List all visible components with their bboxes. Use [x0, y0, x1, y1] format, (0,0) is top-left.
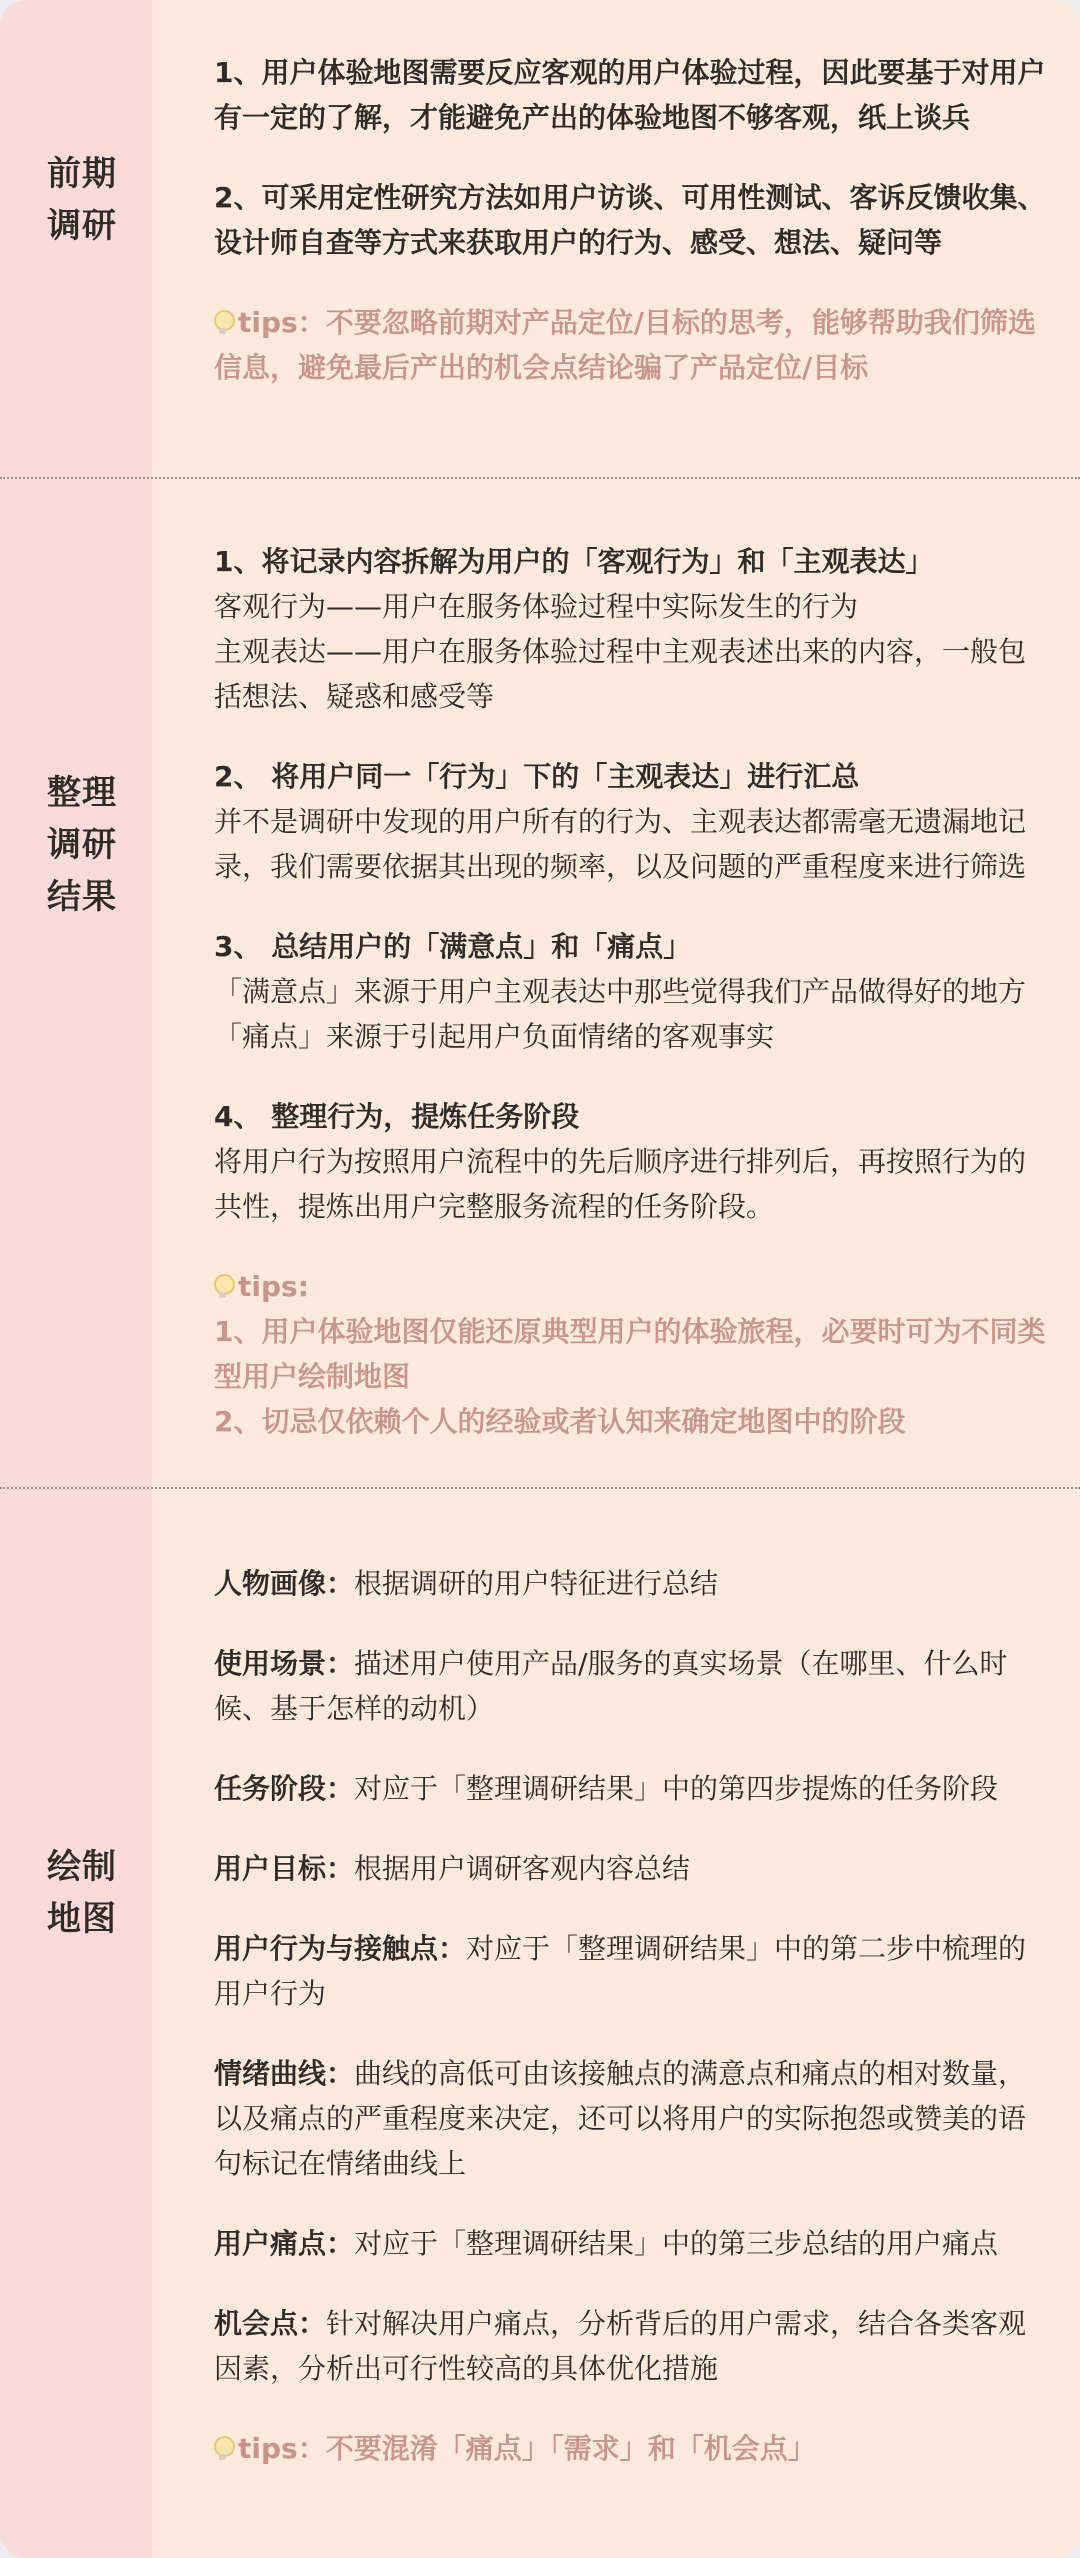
term-label: 情绪曲线：: [214, 2057, 354, 2090]
tips-text: tips:: [238, 1270, 309, 1303]
numbered-item: 1、将记录内容拆解为用户的「客观行为」和「主观表达」客观行为——用户在服务体验过…: [214, 539, 1050, 719]
numbered-item: 3、 总结用户的「满意点」和「痛点」「满意点」来源于用户主观表达中那些觉得我们产…: [214, 924, 1050, 1059]
term-label: 用户目标：: [214, 1852, 354, 1885]
tips-block: tips：不要忽略前期对产品定位/目标的思考，能够帮助我们筛选信息，避免最后产出…: [214, 300, 1050, 390]
paragraph: 2、可采用定性研究方法如用户访谈、可用性测试、客诉反馈收集、设计师自查等方式来获…: [214, 175, 1050, 265]
tips-block: tips：不要混淆「痛点」「需求」和「机会点」: [214, 2426, 1050, 2471]
tips-line: 1、用户体验地图仅能还原典型用户的体验旅程，必要时可为不同类型用户绘制地图: [214, 1309, 1050, 1399]
section-title: 绘制地图: [0, 1841, 152, 1945]
section-draw-the-map: 绘制地图人物画像：根据调研的用户特征进行总结使用场景：描述用户使用产品/服务的真…: [0, 1487, 1080, 2558]
term-definition: 任务阶段：对应于「整理调研结果」中的第四步提炼的任务阶段: [214, 1766, 1050, 1811]
section-content: 1、将记录内容拆解为用户的「客观行为」和「主观表达」客观行为——用户在服务体验过…: [152, 479, 1080, 1487]
lightbulb-icon: [214, 1274, 231, 1298]
term-definition: 用户行为与接触点：对应于「整理调研结果」中的第二步中梳理的用户行为: [214, 1926, 1050, 2016]
section-content: 1、用户体验地图需要反应客观的用户体验过程，因此要基于对用户有一定的了解，才能避…: [152, 0, 1080, 477]
infographic-card: 前期调研1、用户体验地图需要反应客观的用户体验过程，因此要基于对用户有一定的了解…: [0, 0, 1080, 2558]
term-label: 用户痛点：: [214, 2227, 354, 2260]
tips-text: tips：不要混淆「痛点」「需求」和「机会点」: [238, 2432, 816, 2465]
numbered-item-body-line: 主观表达——用户在服务体验过程中主观表述出来的内容，一般包括想法、疑惑和感受等: [214, 629, 1050, 719]
term-definition: 用户目标：根据用户调研客观内容总结: [214, 1846, 1050, 1891]
term-description: 针对解决用户痛点，分析背后的用户需求，结合各类客观因素，分析出可行性较高的具体优…: [214, 2307, 1026, 2385]
section-title-line: 绘制: [47, 1841, 152, 1893]
section-preliminary-research: 前期调研1、用户体验地图需要反应客观的用户体验过程，因此要基于对用户有一定的了解…: [0, 0, 1080, 477]
tips-block: tips:1、用户体验地图仅能还原典型用户的体验旅程，必要时可为不同类型用户绘制…: [214, 1264, 1050, 1444]
term-label: 机会点：: [214, 2307, 326, 2340]
section-title: 前期调研: [0, 148, 152, 252]
tips-line: tips:: [214, 1264, 1050, 1309]
numbered-item: 4、 整理行为，提炼任务阶段将用户行为按照用户流程中的先后顺序进行排列后，再按照…: [214, 1094, 1050, 1229]
numbered-item-body-line: 「痛点」来源于引起用户负面情绪的客观事实: [214, 1014, 1050, 1059]
term-definition: 机会点：针对解决用户痛点，分析背后的用户需求，结合各类客观因素，分析出可行性较高…: [214, 2301, 1050, 2391]
tips-text: tips：不要忽略前期对产品定位/目标的思考，能够帮助我们筛选信息，避免最后产出…: [214, 306, 1036, 384]
tips-line: tips：不要混淆「痛点」「需求」和「机会点」: [214, 2426, 1050, 2471]
numbered-item-title: 4、 整理行为，提炼任务阶段: [214, 1094, 1050, 1139]
term-description: 对应于「整理调研结果」中的第三步总结的用户痛点: [354, 2227, 998, 2260]
numbered-item-title: 2、 将用户同一「行为」下的「主观表达」进行汇总: [214, 754, 1050, 799]
lightbulb-icon: [214, 2436, 231, 2460]
term-definition: 用户痛点：对应于「整理调研结果」中的第三步总结的用户痛点: [214, 2221, 1050, 2266]
numbered-item: 2、 将用户同一「行为」下的「主观表达」进行汇总并不是调研中发现的用户所有的行为…: [214, 754, 1050, 889]
term-definition: 情绪曲线：曲线的高低可由该接触点的满意点和痛点的相对数量，以及痛点的严重程度来决…: [214, 2051, 1050, 2186]
lightbulb-icon: [214, 310, 231, 334]
section-label-column: 绘制地图: [0, 1489, 152, 2558]
section-title-line: 地图: [47, 1893, 152, 1945]
tips-line: 2、切忌仅依赖个人的经验或者认知来确定地图中的阶段: [214, 1399, 1050, 1444]
term-label: 用户行为与接触点：: [214, 1932, 466, 1965]
numbered-item-body-line: 将用户行为按照用户流程中的先后顺序进行排列后，再按照行为的共性，提炼出用户完整服…: [214, 1139, 1050, 1229]
term-description: 根据调研的用户特征进行总结: [354, 1567, 718, 1600]
tips-line: tips：不要忽略前期对产品定位/目标的思考，能够帮助我们筛选信息，避免最后产出…: [214, 300, 1050, 390]
numbered-item-title: 1、将记录内容拆解为用户的「客观行为」和「主观表达」: [214, 539, 1050, 584]
paragraph: 1、用户体验地图需要反应客观的用户体验过程，因此要基于对用户有一定的了解，才能避…: [214, 50, 1050, 140]
section-title-line: 前期: [47, 148, 152, 200]
numbered-item-body-line: 并不是调研中发现的用户所有的行为、主观表达都需毫无遗漏地记录，我们需要依据其出现…: [214, 799, 1050, 889]
numbered-item-body-line: 「满意点」来源于用户主观表达中那些觉得我们产品做得好的地方: [214, 969, 1050, 1014]
term-definition: 使用场景：描述用户使用产品/服务的真实场景（在哪里、什么时候、基于怎样的动机）: [214, 1641, 1050, 1731]
term-label: 使用场景：: [214, 1647, 354, 1680]
section-label-column: 前期调研: [0, 0, 152, 477]
term-label: 人物画像：: [214, 1567, 354, 1600]
tips-text: 1、用户体验地图仅能还原典型用户的体验旅程，必要时可为不同类型用户绘制地图: [214, 1315, 1046, 1393]
section-title: 整理调研结果: [0, 767, 152, 923]
term-description: 对应于「整理调研结果」中的第四步提炼的任务阶段: [354, 1772, 998, 1805]
section-organize-research-results: 整理调研结果1、将记录内容拆解为用户的「客观行为」和「主观表达」客观行为——用户…: [0, 477, 1080, 1487]
term-label: 任务阶段：: [214, 1772, 354, 1805]
term-definition: 人物画像：根据调研的用户特征进行总结: [214, 1561, 1050, 1606]
numbered-item-title: 3、 总结用户的「满意点」和「痛点」: [214, 924, 1050, 969]
term-description: 根据用户调研客观内容总结: [354, 1852, 690, 1885]
section-label-column: 整理调研结果: [0, 479, 152, 1487]
section-title-line: 整理: [47, 767, 152, 819]
tips-text: 2、切忌仅依赖个人的经验或者认知来确定地图中的阶段: [214, 1405, 906, 1438]
section-title-line: 结果: [47, 871, 152, 923]
section-content: 人物画像：根据调研的用户特征进行总结使用场景：描述用户使用产品/服务的真实场景（…: [152, 1489, 1080, 2558]
section-title-line: 调研: [47, 200, 152, 252]
section-title-line: 调研: [47, 819, 152, 871]
numbered-item-body-line: 客观行为——用户在服务体验过程中实际发生的行为: [214, 584, 1050, 629]
